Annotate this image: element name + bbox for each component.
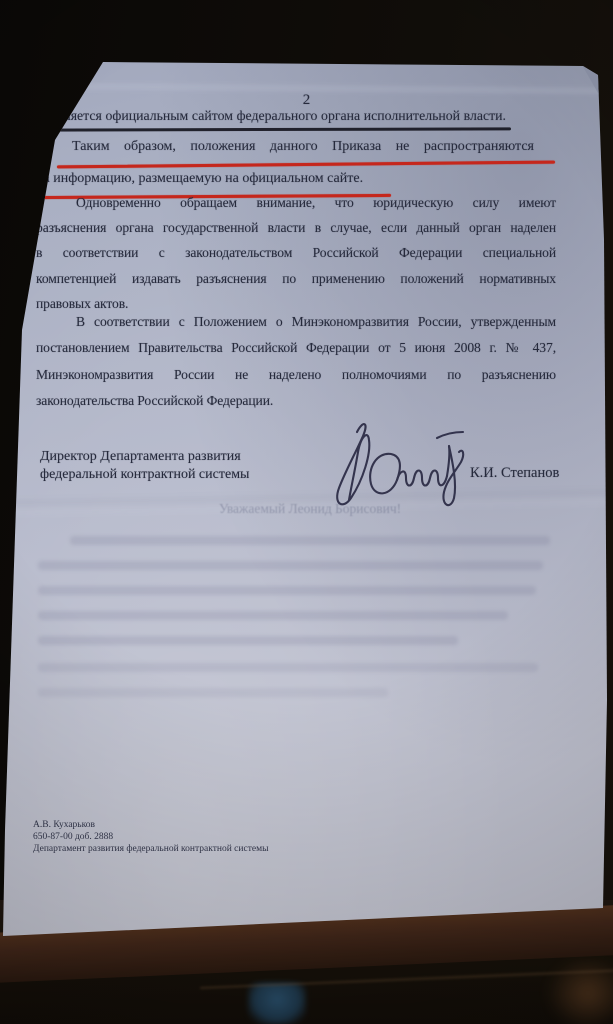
blue-object [248,983,306,1024]
page-number: 2 [0,92,613,109]
bleed-through-line [38,636,458,645]
bleed-through-line [70,536,550,545]
body-line: Минэкономразвития России не наделено пол… [36,367,556,393]
emphasized-line-2: на информацию, размещаемую на официально… [36,171,556,187]
body-line: разъяснения органа государственной власт… [36,220,556,245]
footer-executor-department: Департамент развития федеральной контрак… [33,844,268,854]
footer-executor-phone: 650-87-00 доб. 2888 [33,832,113,842]
bleed-through-line [38,611,508,620]
bleed-through-line [38,688,388,697]
intro-line: не является официальным сайтом федеральн… [34,108,506,124]
footer-executor-name: А.В. Кухарьков [33,820,95,830]
signature-position-title: федеральной контрактной системы [40,467,249,483]
red-underline-1 [57,161,555,169]
paragraph-ministry: В соответствии с Положением о Минэкономр… [36,314,556,420]
body-line: Одновременно обращаем внимание, что юрид… [36,195,556,220]
bleed-through-line [38,586,536,595]
handwritten-signature-icon [313,410,473,510]
bleed-through-line [38,663,538,672]
body-line: В соответствии с Положением о Минэкономр… [36,314,556,340]
photo-scene: 2 не является официальным сайтом федерал… [0,0,613,1024]
bleed-through-line [38,561,543,570]
body-line: постановлением Правительства Российской … [36,340,556,366]
bleed-through-greeting: Уважаемый Леонид Борисович! [150,501,470,517]
emphasized-line-1: Таким образом, положения данного Приказа… [72,139,534,155]
pen-underline [33,127,511,131]
body-line: компетенцией издавать разъяснения по при… [36,271,556,296]
body-line: законодательства Российской Федерации. [36,393,556,419]
paragraph-legal-force: Одновременно обращаем внимание, что юрид… [36,195,556,321]
signer-name: К.И. Степанов [470,465,559,482]
body-line: в соответствии с законодательством Росси… [36,245,556,270]
document-page: 2 не является официальным сайтом федерал… [0,0,613,1024]
signature-position-title: Директор Департамента развития [40,449,241,465]
corner-fold [579,63,601,94]
